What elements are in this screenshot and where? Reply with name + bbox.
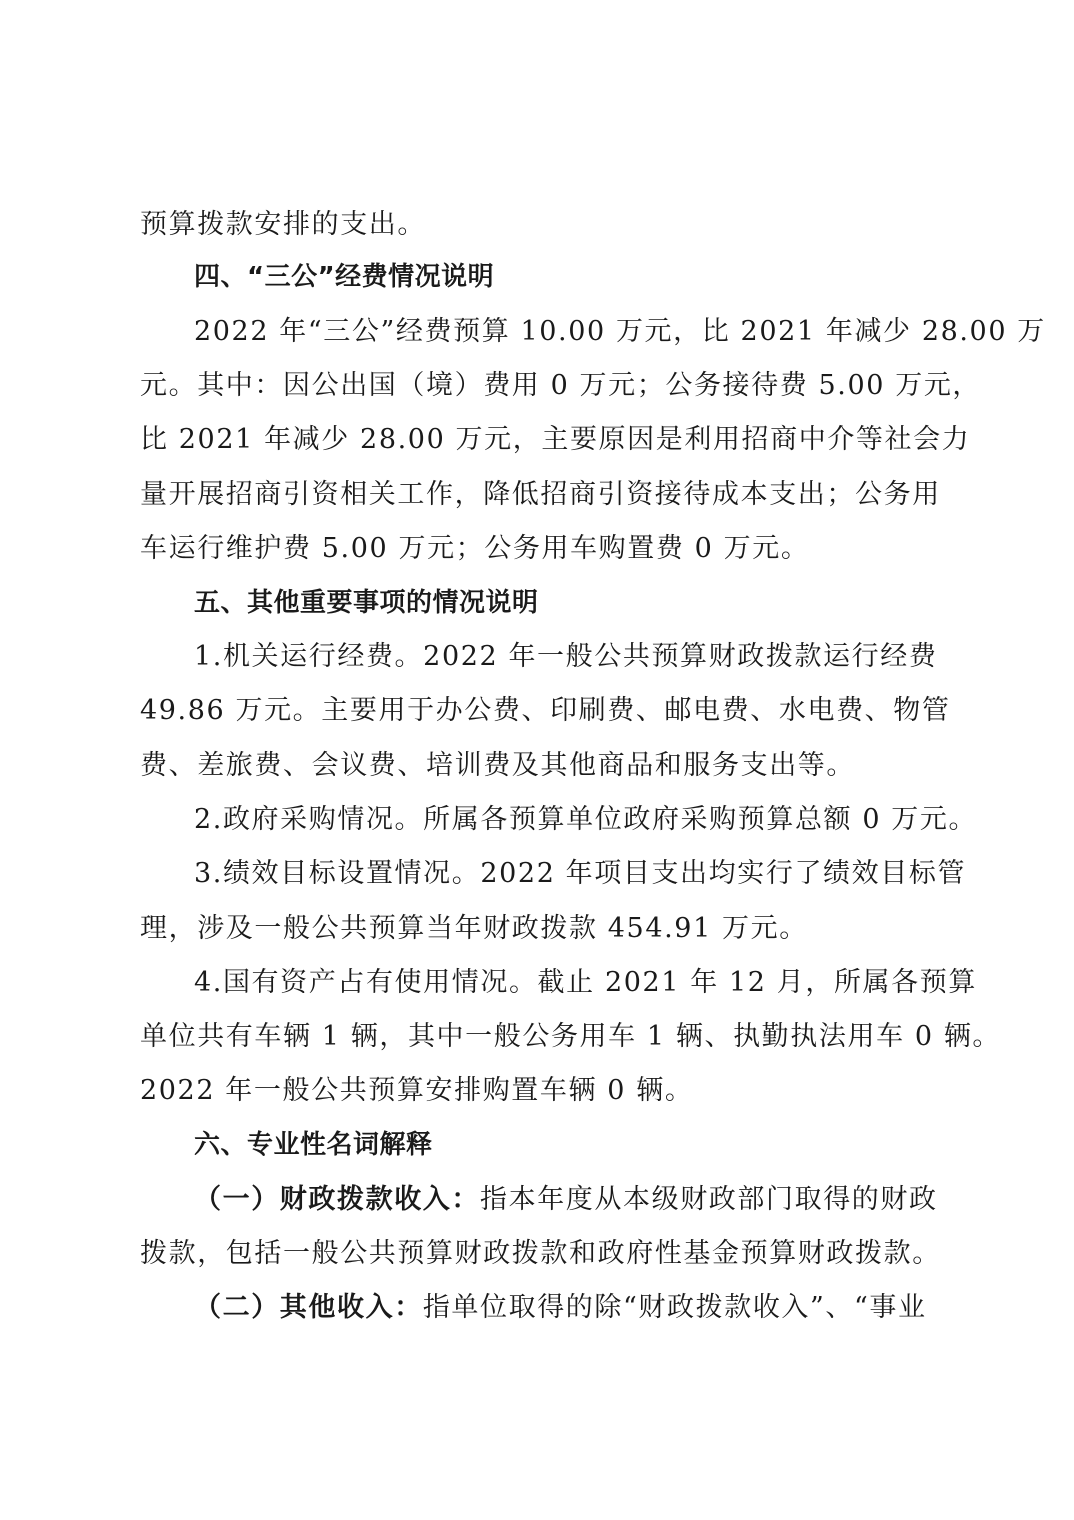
- section-heading-5: 五、其他重要事项的情况说明: [194, 583, 940, 623]
- paragraph-line: 单位共有车辆 1 辆，其中一般公务用车 1 辆、执勤执法用车 0 辆。: [140, 1017, 940, 1057]
- section-heading-6: 六、专业性名词解释: [194, 1125, 940, 1165]
- term-definition: （一）财政拨款收入：指本年度从本级财政部门取得的财政: [194, 1180, 940, 1220]
- paragraph-line: 1.机关运行经费。2022 年一般公共预算财政拨款运行经费: [194, 637, 940, 677]
- term-text: 指单位取得的除“财政拨款收入”、“事业: [423, 1292, 927, 1323]
- paragraph-line: 4.国有资产占有使用情况。截止 2021 年 12 月，所属各预算: [194, 963, 940, 1003]
- paragraph-line: 费、差旅费、会议费、培训费及其他商品和服务支出等。: [140, 746, 940, 786]
- continuation-line: 预算拨款安排的支出。: [140, 205, 940, 245]
- paragraph-line: 49.86 万元。主要用于办公费、印刷费、邮电费、水电费、物管: [140, 691, 940, 731]
- term-definition: （二）其他收入：指单位取得的除“财政拨款收入”、“事业: [194, 1288, 940, 1328]
- paragraph-line: 车运行维护费 5.00 万元；公务用车购置费 0 万元。: [140, 529, 940, 569]
- paragraph-line: 3.绩效目标设置情况。2022 年项目支出均实行了绩效目标管: [194, 854, 940, 894]
- document-page: 预算拨款安排的支出。 四、“三公”经费情况说明 2022 年“三公”经费预算 1…: [0, 0, 1074, 1520]
- term-label: （一）财政拨款收入：: [194, 1184, 480, 1215]
- paragraph-line: 比 2021 年减少 28.00 万元，主要原因是利用招商中介等社会力: [140, 420, 940, 460]
- paragraph-line: 2.政府采购情况。所属各预算单位政府采购预算总额 0 万元。: [194, 800, 940, 840]
- term-label: （二）其他收入：: [194, 1292, 423, 1323]
- section-heading-4: 四、“三公”经费情况说明: [194, 257, 940, 297]
- paragraph-line: 拨款，包括一般公共预算财政拨款和政府性基金预算财政拨款。: [140, 1234, 940, 1274]
- paragraph-line: 理，涉及一般公共预算当年财政拨款 454.91 万元。: [140, 909, 940, 949]
- paragraph-line: 2022 年“三公”经费预算 10.00 万元，比 2021 年减少 28.00…: [194, 312, 940, 352]
- term-text: 指本年度从本级财政部门取得的财政: [480, 1184, 938, 1215]
- paragraph-line: 元。其中：因公出国（境）费用 0 万元；公务接待费 5.00 万元，: [140, 366, 940, 406]
- paragraph-line: 2022 年一般公共预算安排购置车辆 0 辆。: [140, 1071, 940, 1111]
- paragraph-line: 量开展招商引资相关工作，降低招商引资接待成本支出；公务用: [140, 475, 940, 515]
